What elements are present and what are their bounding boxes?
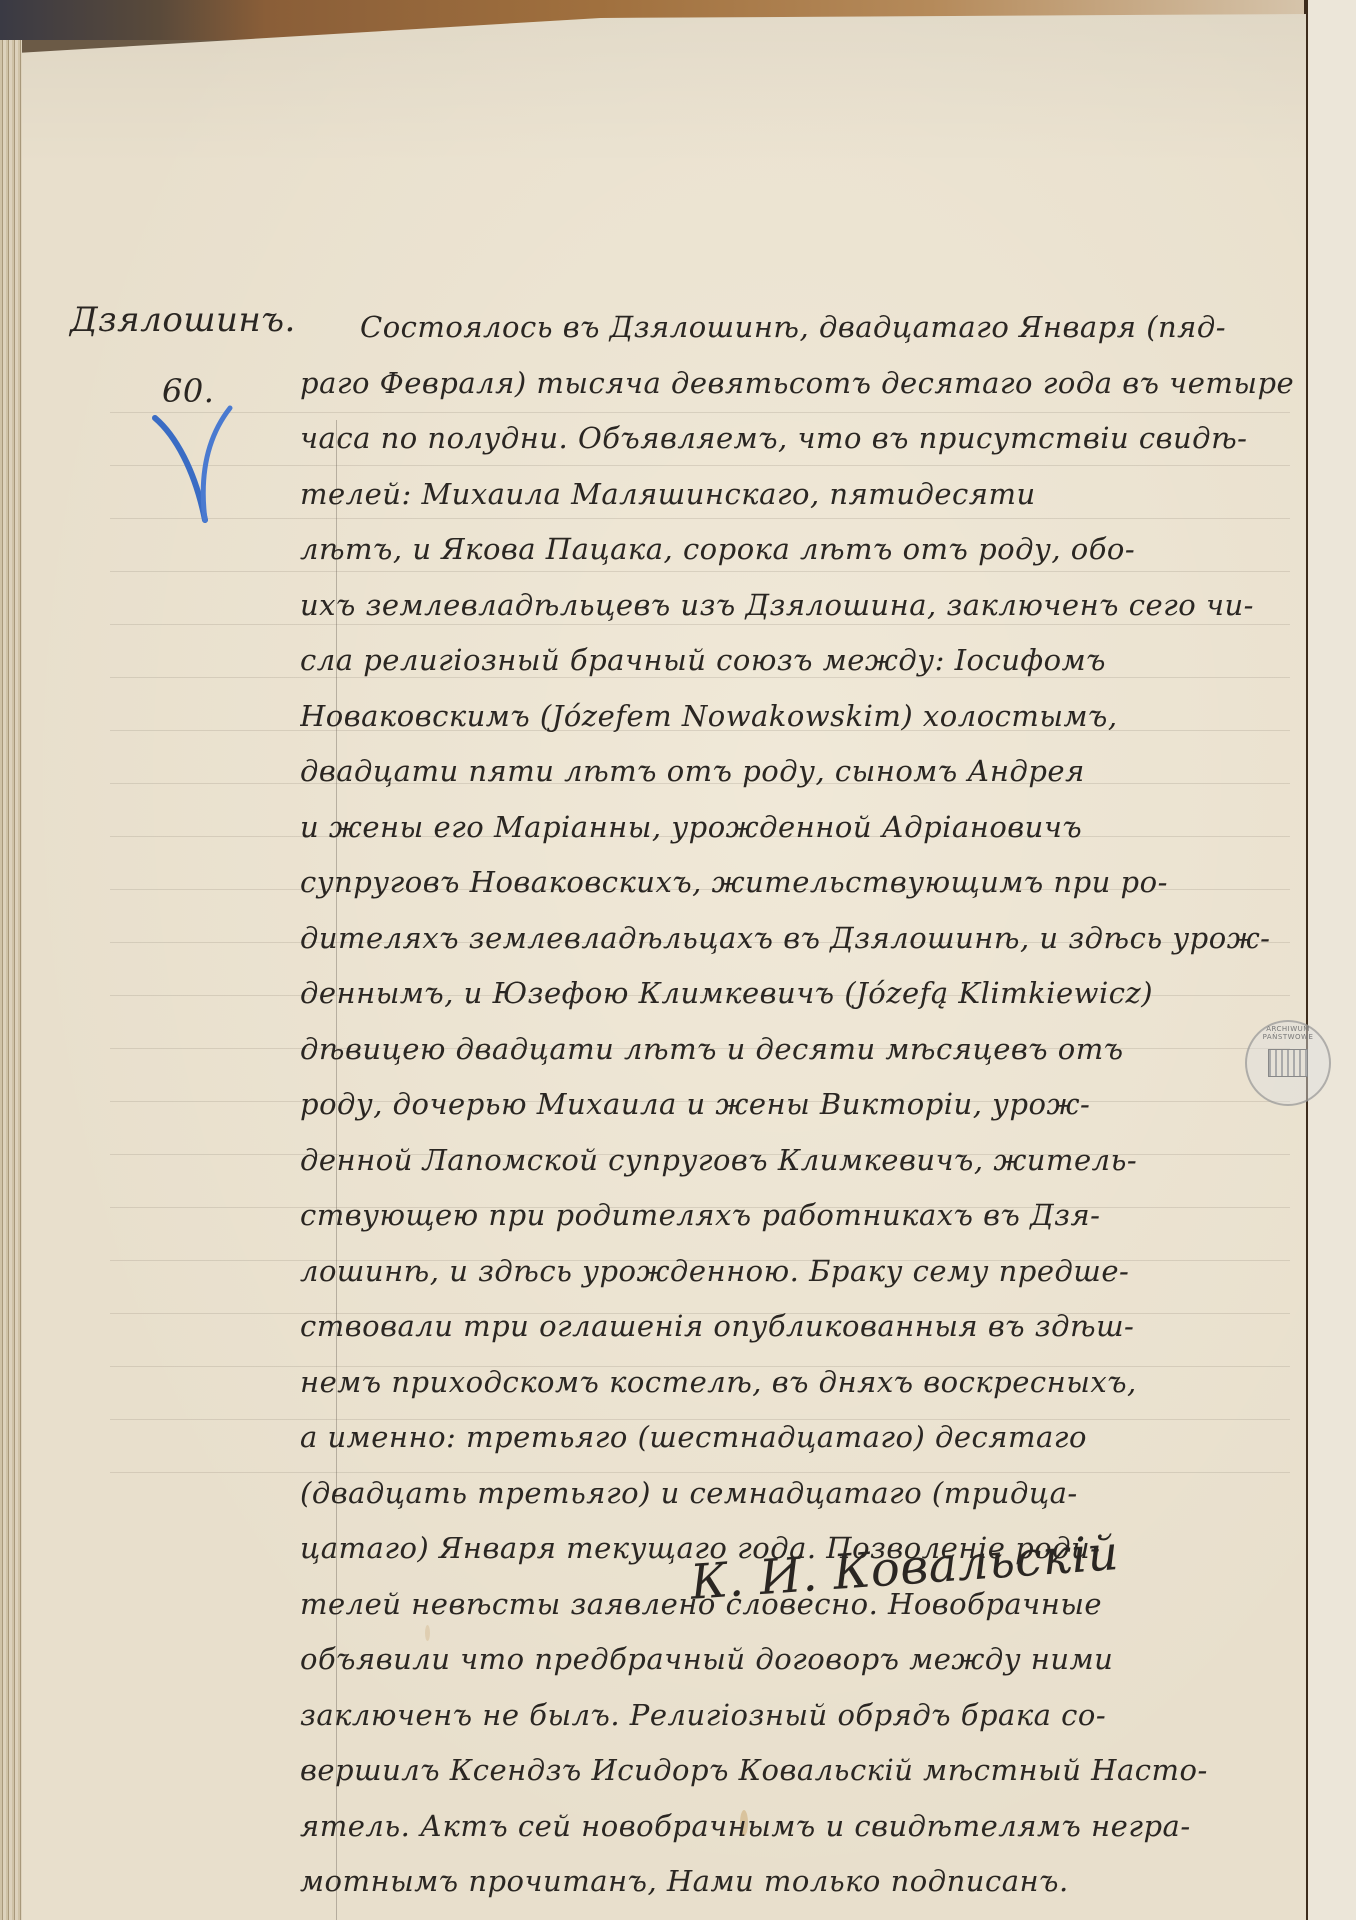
record-line: деннымъ, и Юзефою Климкевичъ (Józefą Kli… — [300, 966, 1300, 1022]
record-line: ствующею при родителяхъ работникахъ въ Д… — [300, 1188, 1300, 1244]
archive-stamp: ARCHIWUM PAŃSTWOWE — [1245, 1020, 1331, 1106]
archive-stamp-text: ARCHIWUM PAŃSTWOWE — [1247, 1025, 1329, 1041]
record-line: лошинѣ, и здѣсь урожденною. Браку сему п… — [300, 1244, 1300, 1300]
record-line: заключенъ не былъ. Религіозный обрядъ бр… — [300, 1688, 1300, 1744]
record-line: денной Лапомской супруговъ Климкевичъ, ж… — [300, 1133, 1300, 1189]
record-line: дителяхъ землевладѣльцахъ въ Дзялошинѣ, … — [300, 911, 1300, 967]
record-line: супруговъ Новаковскихъ, жительствующимъ … — [300, 855, 1300, 911]
adjacent-page — [1308, 0, 1356, 1920]
margin-place-name: Дзялошинъ. — [70, 300, 296, 340]
record-line: объявили что предбрачный договоръ между … — [300, 1632, 1300, 1688]
archive-building-icon — [1268, 1049, 1308, 1077]
record-line: (двадцать третьяго) и семнадцатаго (трид… — [300, 1466, 1300, 1522]
record-line: роду, дочерью Михаила и жены Викторіи, у… — [300, 1077, 1300, 1133]
blue-check-mark-icon — [150, 400, 240, 530]
record-line: сла религіозный брачный союзъ между: Іос… — [300, 633, 1300, 689]
record-line: лѣтъ, и Якова Пацака, сорока лѣтъ отъ ро… — [300, 522, 1300, 578]
record-line: дѣвицею двадцати лѣтъ и десяти мѣсяцевъ … — [300, 1022, 1300, 1078]
record-line: немъ приходскомъ костелѣ, въ дняхъ воскр… — [300, 1355, 1300, 1411]
record-line: вершилъ Ксендзъ Исидоръ Ковальскій мѣстн… — [300, 1743, 1300, 1799]
page-stack-edges — [0, 40, 22, 1920]
record-line: ятель. Актъ сей новобрачнымъ и свидѣтеля… — [300, 1799, 1300, 1855]
record-line: а именно: третьяго (шестнадцатаго) десят… — [300, 1410, 1300, 1466]
record-line: и жены его Маріанны, урожденной Адріанов… — [300, 800, 1300, 856]
record-line: двадцати пяти лѣтъ отъ роду, сыномъ Андр… — [300, 744, 1300, 800]
record-line: мотнымъ прочитанъ, Нами только подписанъ… — [300, 1854, 1300, 1910]
record-line: ствовали три оглашенія опубликованныя въ… — [300, 1299, 1300, 1355]
record-line: Состоялось въ Дзялошинѣ, двадцатаго Янва… — [300, 300, 1300, 356]
record-body: Состоялось въ Дзялошинѣ, двадцатаго Янва… — [300, 300, 1300, 1910]
record-line: раго Февраля) тысяча девятьсотъ десятаго… — [300, 356, 1300, 412]
record-line: ихъ землевладѣльцевъ изъ Дзялошина, закл… — [300, 578, 1300, 634]
record-line: часа по полудни. Объявляемъ, что въ прис… — [300, 411, 1300, 467]
record-line: Новаковскимъ (Józefem Nowakowskim) холос… — [300, 689, 1300, 745]
record-line: телей: Михаила Маляшинскаго, пятидесяти — [300, 467, 1300, 523]
